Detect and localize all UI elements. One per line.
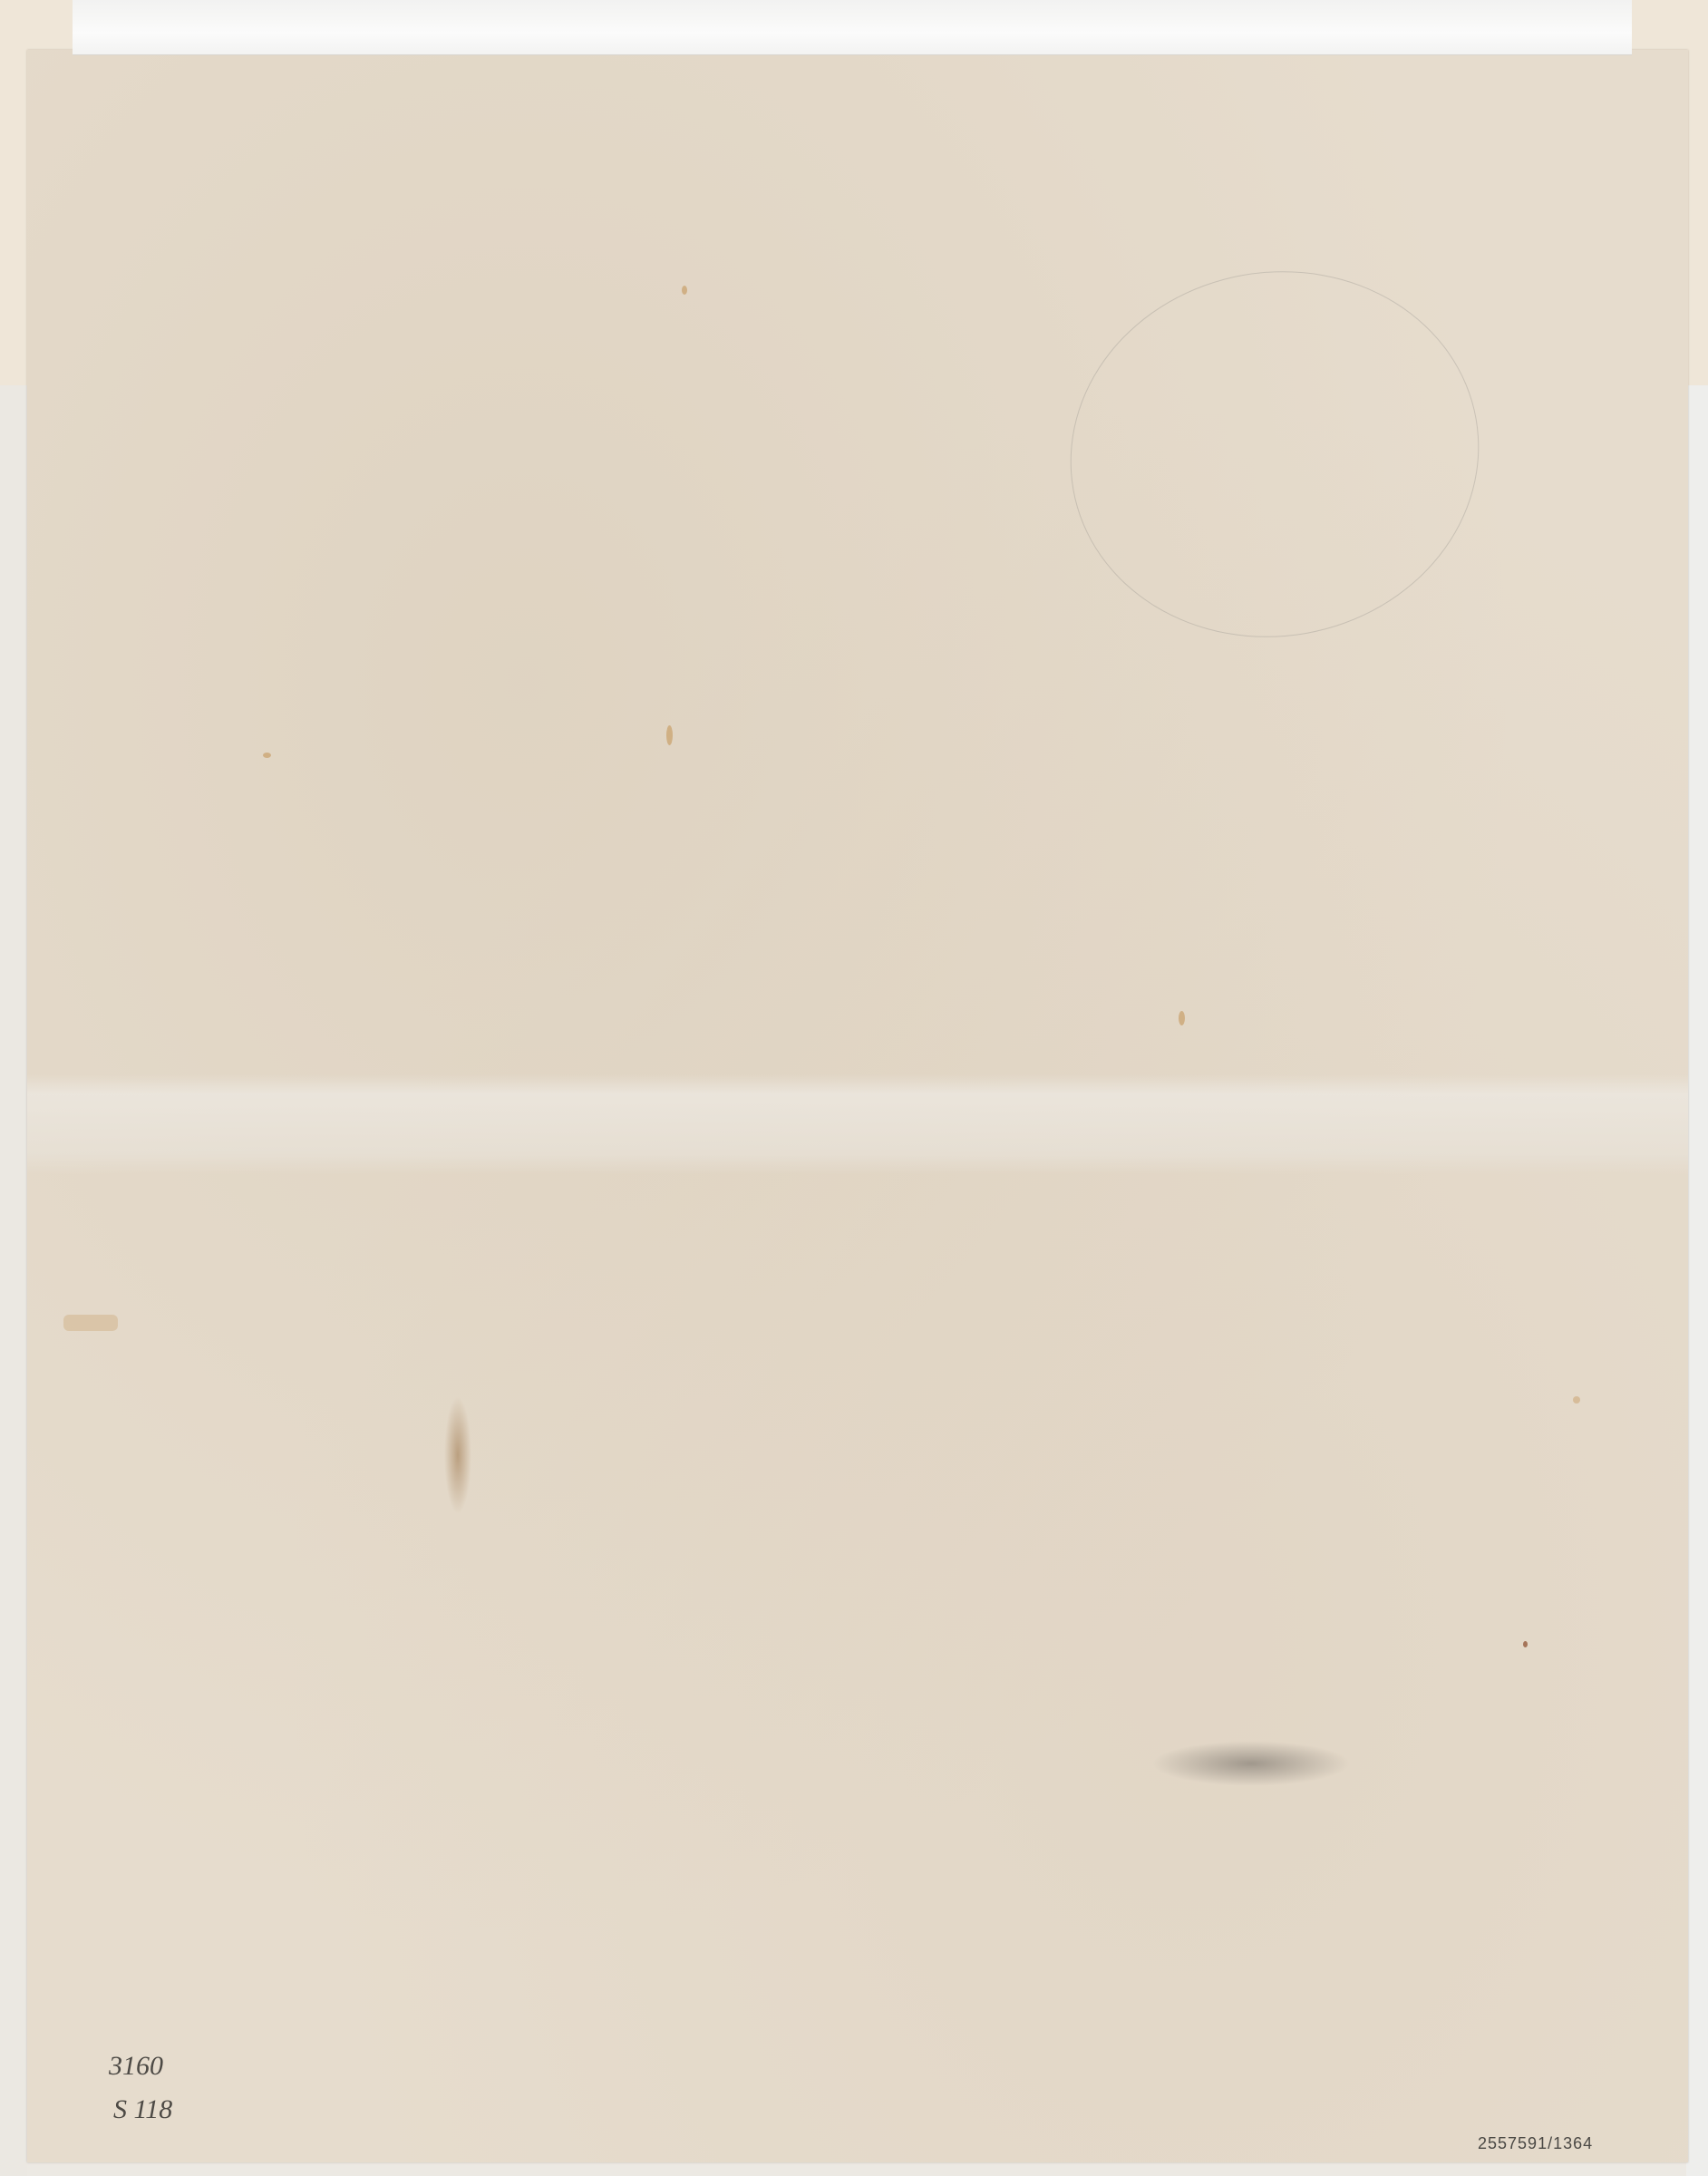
foxing-stain [444, 1396, 471, 1514]
foxing-stain [1573, 1396, 1580, 1404]
foxing-stain [263, 753, 271, 758]
foxing-stain [1523, 1641, 1528, 1647]
foxing-stain [1179, 1011, 1185, 1025]
hinge-tape [73, 0, 1632, 55]
sub-number: S 118 [113, 2094, 172, 2125]
mount-backing-left [0, 385, 27, 2176]
foxing-stain [666, 725, 673, 745]
horizontal-repair-strip [27, 1074, 1688, 1174]
foxing-stain [682, 286, 687, 295]
inventory-number: 3160 [109, 2051, 163, 2082]
mount-backing-right [1686, 385, 1708, 2176]
accession-number: 2557591/1364 [1478, 2134, 1593, 2153]
graphite-smudge [1151, 1741, 1351, 1786]
foxing-stain [63, 1315, 118, 1331]
